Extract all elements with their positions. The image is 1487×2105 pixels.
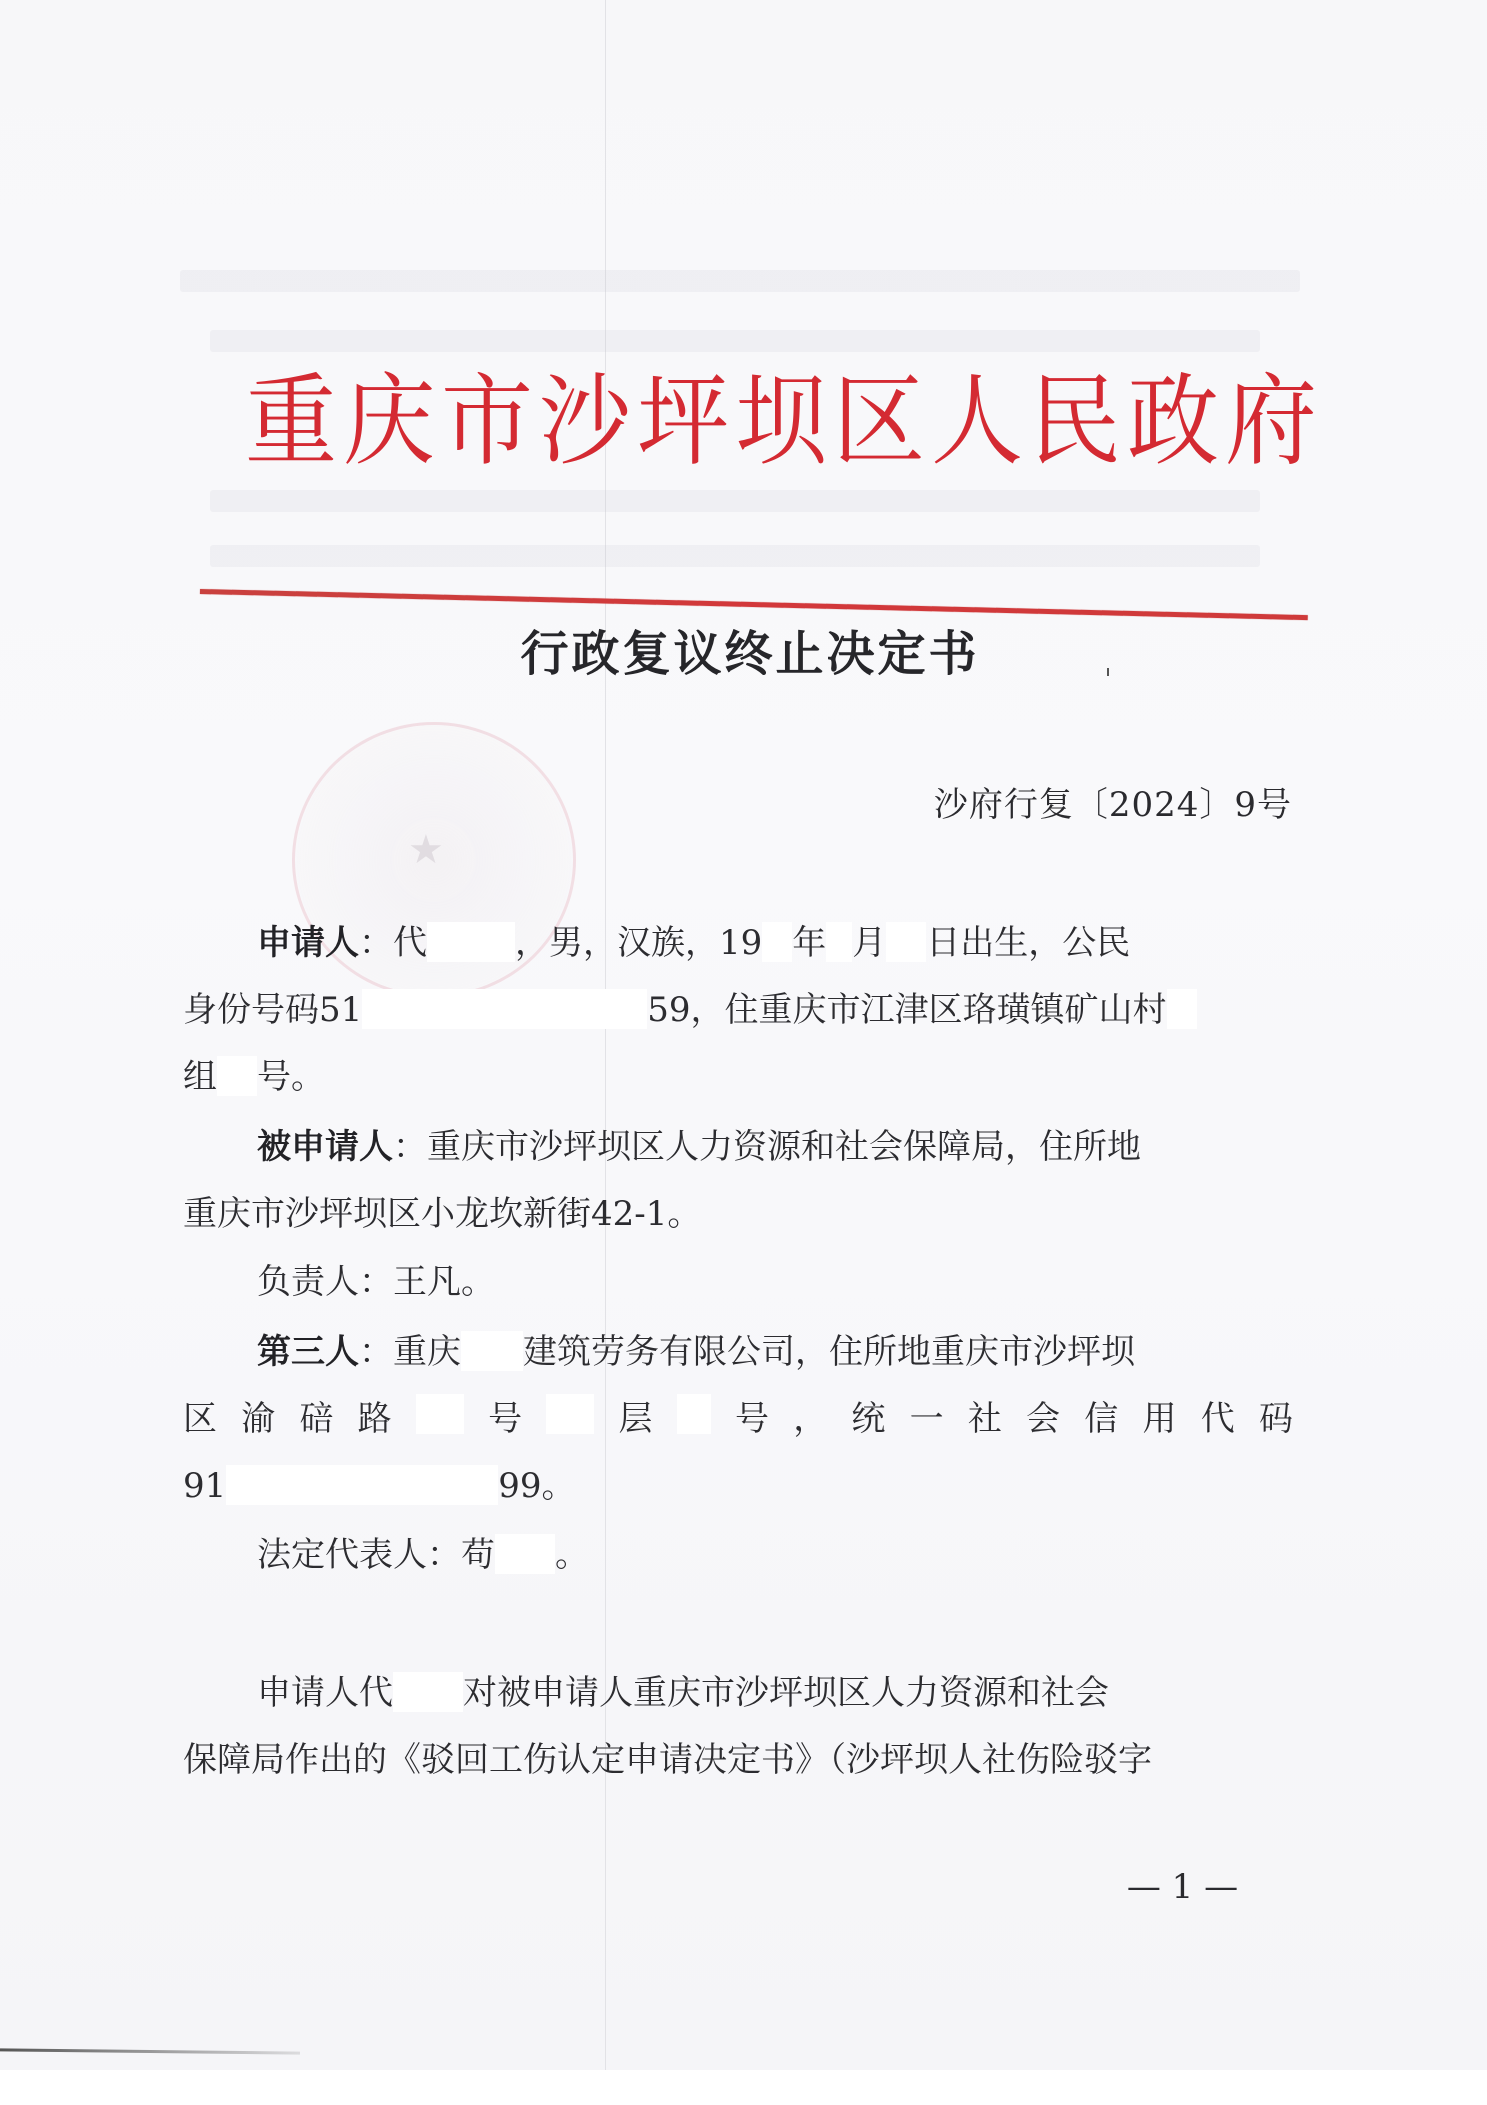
redacted-company-name (461, 1331, 523, 1371)
legal-representative: 法定代表人：苟。 (257, 1530, 1293, 1580)
applicant-line-2: 身份号码5159，住重庆市江津区珞璜镇矿山村 (183, 985, 1293, 1035)
bleed-through-text (210, 490, 1260, 512)
third-party-line-2: 区 渝 碚 路 号 层 号 ， 统 一 社 会 信 用 代 码 (183, 1394, 1293, 1444)
redacted-floor (546, 1394, 594, 1434)
body-para-1-line-2: 保障局作出的《驳回工伤认定申请决定书》（沙坪坝人社伤险驳字 (183, 1735, 1293, 1785)
redacted-applicant-name (393, 1672, 463, 1712)
bleed-through-text (180, 270, 1300, 292)
third-party-line-3: 9199。 (183, 1461, 1293, 1511)
redacted-unit (677, 1394, 711, 1434)
applicant-label: 申请人 (257, 923, 359, 963)
respondent-line-1: 被申请人：重庆市沙坪坝区人力资源和社会保障局，住所地 (257, 1122, 1293, 1172)
redacted-village-group (1167, 989, 1197, 1029)
respondent-line-2: 重庆市沙坪坝区小龙坎新街42-1。 (183, 1189, 1293, 1239)
document-number: 沙府行复〔2024〕9号 (934, 780, 1292, 830)
redacted-house-number (217, 1056, 257, 1096)
seal-star-icon: ★ (408, 830, 448, 870)
scan-speck (1107, 668, 1109, 676)
bleed-through-text (210, 330, 1260, 352)
applicant-line-3: 组号。 (183, 1052, 1293, 1102)
document-title: 行政复议终止决定书 (480, 618, 1020, 690)
redacted-credit-code (226, 1465, 498, 1505)
third-party-label: 第三人 (257, 1332, 359, 1372)
respondent-label: 被申请人 (257, 1127, 393, 1167)
redacted-birth-month (826, 922, 852, 962)
issuer-headline: 重庆市沙坪坝区人民政府 (245, 362, 1265, 483)
redacted-rep-name (495, 1534, 555, 1574)
respondent-head: 负责人：王凡。 (257, 1257, 1293, 1307)
redacted-name (427, 922, 515, 962)
redacted-birth-day (886, 922, 926, 962)
page-number: — 1 — (1115, 1862, 1250, 1912)
applicant-line-1: 申请人：代，男，汉族，19年月日出生，公民 (257, 918, 1293, 968)
scan-bottom-margin (0, 2070, 1487, 2105)
body-para-1-line-1: 申请人代对被申请人重庆市沙坪坝区人力资源和社会 (257, 1668, 1293, 1718)
redacted-road-number (416, 1394, 464, 1434)
third-party-line-1: 第三人：重庆建筑劳务有限公司，住所地重庆市沙坪坝 (257, 1327, 1293, 1377)
redacted-id-number (362, 989, 647, 1029)
bleed-through-text (210, 545, 1260, 567)
redacted-birth-year (762, 922, 792, 962)
